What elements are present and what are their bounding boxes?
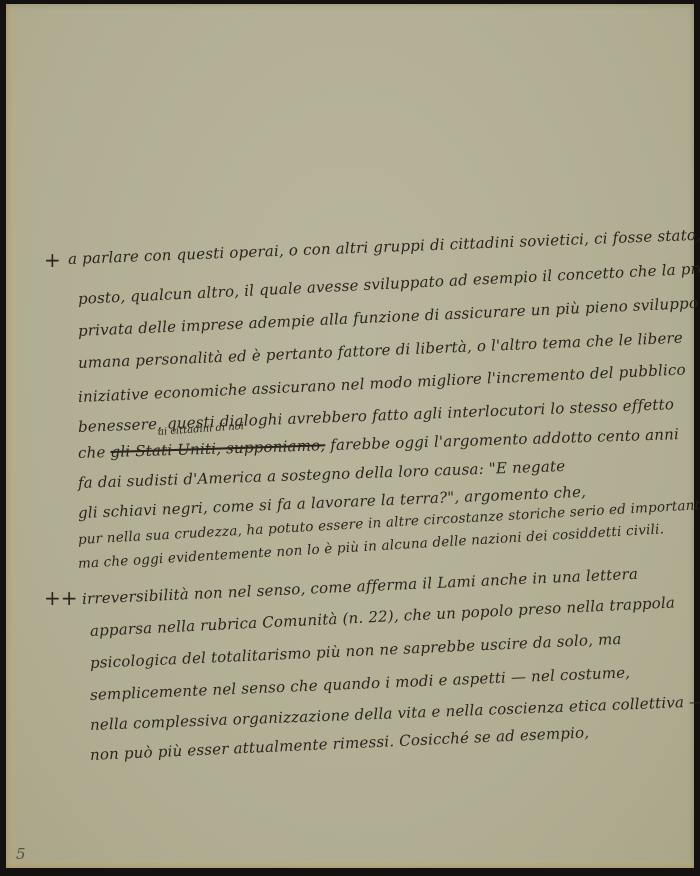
handwritten-line: psicologica del totalitarismo più non ne… (90, 630, 622, 672)
line-text: farebbe oggi l'argomento addotto cento a… (330, 425, 679, 454)
footnote-marker-double-plus: ++ (44, 586, 78, 610)
line-text: che (78, 443, 106, 462)
manuscript-page: + a parlare con questi operai, o con alt… (6, 4, 694, 868)
footnote-marker-plus: + (44, 248, 61, 272)
page-number: 5 (16, 845, 26, 863)
handwritten-line: a parlare con questi operai, o con altri… (68, 224, 700, 268)
struck-text: gli Stati Uniti, supponiamo, (110, 436, 325, 461)
